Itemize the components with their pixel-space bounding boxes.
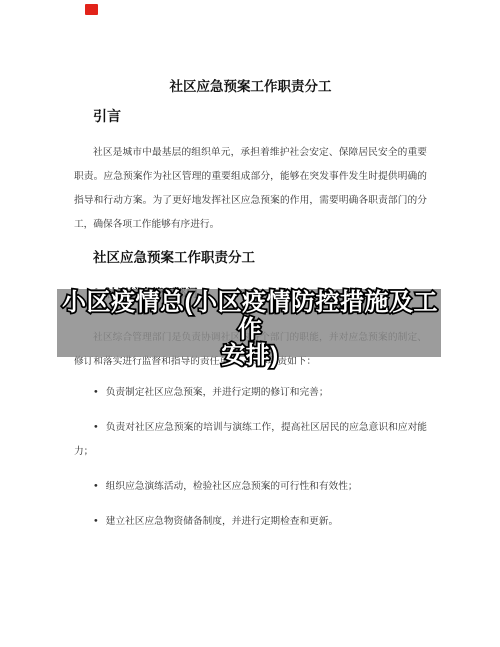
bullet-text: 负责制定社区应急预案，并进行定期的修订和完善；	[106, 387, 329, 398]
bullet-item: •负责对社区应急预案的培训与演练工作，提高社区居民的应急意识和应对能力；	[74, 416, 427, 464]
intro-heading: 引言	[93, 107, 427, 125]
bullet-dot-icon: •	[93, 481, 99, 492]
bullet-dot-icon: •	[93, 422, 99, 433]
intro-paragraph: 社区是城市中最基层的组织单元，承担着维护社会安定、保障居民安全的重要职责。应急预…	[74, 141, 427, 237]
bullet-text: 建立社区应急物资储备制度，并进行定期检查和更新。	[106, 516, 339, 527]
bullet-text: 组织应急演练活动，检验社区应急预案的可行性和有效性；	[106, 481, 358, 492]
bullet-item: •负责制定社区应急预案，并进行定期的修订和完善；	[74, 381, 427, 405]
document-page: 社区应急预案工作职责分工 引言 社区是城市中最基层的组织单元，承担着维护社会安定…	[0, 0, 500, 647]
bullet-dot-icon: •	[93, 387, 99, 398]
bullet-list: •负责制定社区应急预案，并进行定期的修订和完善； •负责对社区应急预案的培训与演…	[74, 381, 427, 534]
bullet-item: •建立社区应急物资储备制度，并进行定期检查和更新。	[74, 510, 427, 534]
bullet-dot-icon: •	[93, 516, 99, 527]
bullet-text: 负责对社区应急预案的培训与演练工作，提高社区居民的应急意识和应对能力；	[74, 422, 427, 457]
watermark-line-2: 安排)	[50, 343, 450, 370]
page-title: 社区应急预案工作职责分工	[74, 78, 427, 96]
watermark-text: 小区疫情总(小区疫情防控措施及工作 安排)	[50, 290, 450, 370]
bullet-item: •组织应急演练活动，检验社区应急预案的可行性和有效性；	[74, 475, 427, 499]
section-heading: 社区应急预案工作职责分工	[93, 249, 427, 267]
watermark-line-1: 小区疫情总(小区疫情防控措施及工作	[50, 290, 450, 343]
document-content: 社区应急预案工作职责分工 引言 社区是城市中最基层的组织单元，承担着维护社会安定…	[74, 0, 427, 545]
